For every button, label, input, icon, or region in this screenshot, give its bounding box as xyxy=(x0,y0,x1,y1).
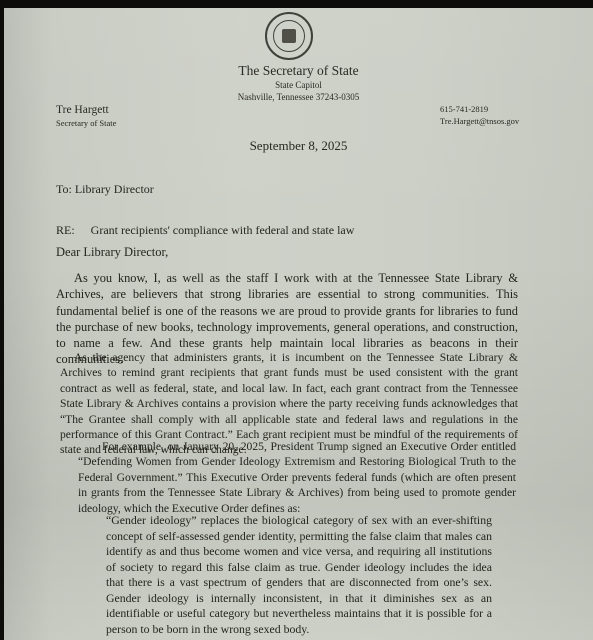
subject-text: Grant recipients' compliance with federa… xyxy=(91,223,355,237)
letter-page: The Secretary of State State Capitol Nas… xyxy=(4,8,593,640)
salutation: Dear Library Director, xyxy=(56,245,168,260)
seal-inner-ring xyxy=(273,20,305,52)
subject-label: RE: xyxy=(56,223,75,237)
sender-phone: 615-741-2819 xyxy=(440,104,488,114)
paragraph-executive-order: For example, on January 20, 2025, Presid… xyxy=(78,439,516,516)
sender-name: Tre Hargett xyxy=(56,104,109,116)
office-address: Nashville, Tennessee 37243-0305 xyxy=(4,92,593,102)
office-title: The Secretary of State xyxy=(4,63,593,79)
letter-date: September 8, 2025 xyxy=(4,138,593,154)
state-seal-icon xyxy=(265,12,313,60)
seal-emblem xyxy=(282,29,296,43)
subject-line: RE:Grant recipients' compliance with fed… xyxy=(56,223,354,238)
sender-email: Tre.Hargett@tnsos.gov xyxy=(440,116,519,126)
block-quote-definition: “Gender ideology” replaces the biologica… xyxy=(106,513,492,637)
office-building: State Capitol xyxy=(4,80,593,90)
sender-title: Secretary of State xyxy=(56,118,116,128)
recipient-line: To: Library Director xyxy=(56,182,154,197)
